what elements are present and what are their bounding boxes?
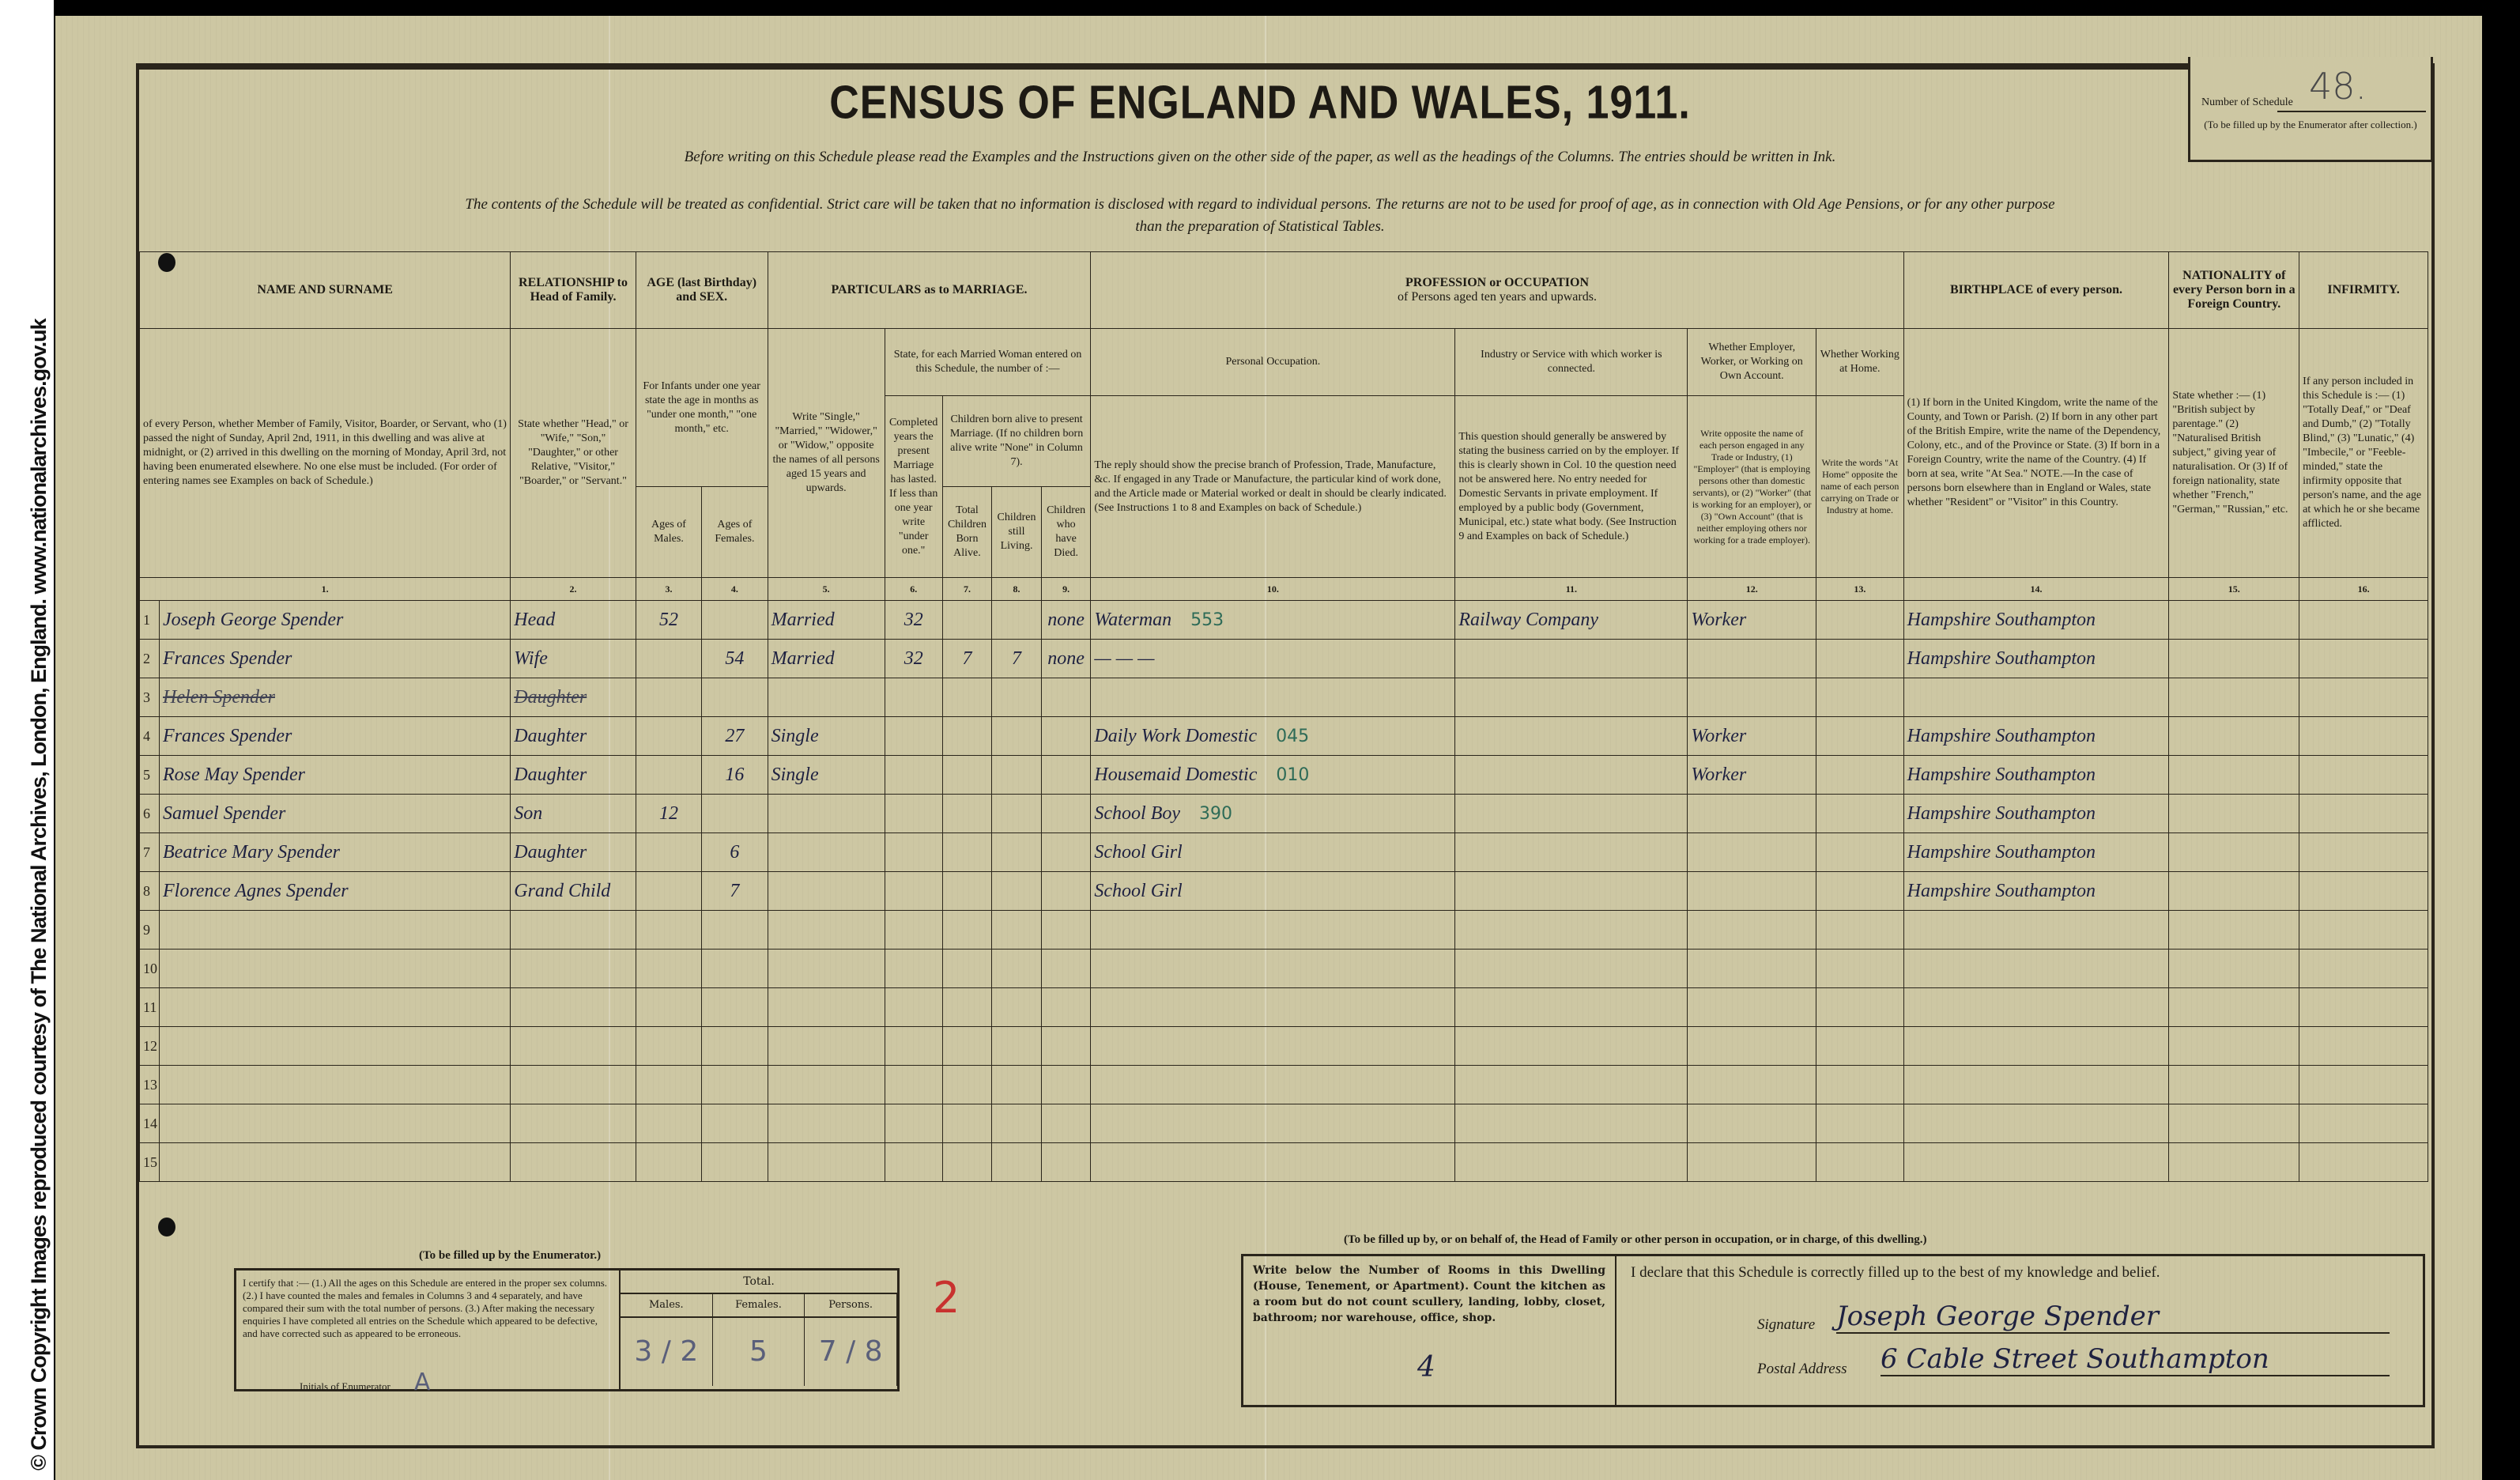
cell-years — [885, 1066, 942, 1104]
cell-died — [1041, 833, 1091, 872]
cell-living — [992, 988, 1042, 1027]
occupation-text: Housemaid Domestic — [1094, 765, 1257, 785]
cell-marriage — [768, 872, 885, 911]
cell-home — [1816, 872, 1904, 911]
cell-name: Helen Spender — [160, 678, 511, 717]
table-row: 6Samuel SpenderSon12School Boy390Hampshi… — [140, 795, 2428, 833]
occupation-text: School Girl — [1094, 842, 1182, 863]
cell-employer: Worker — [1688, 601, 1816, 640]
row-number: 8 — [140, 872, 160, 911]
cell-years: 32 — [885, 601, 942, 640]
cell-male — [636, 1027, 701, 1066]
cell-rel — [511, 950, 636, 988]
cell-industry — [1455, 1027, 1688, 1066]
cell-total — [942, 717, 992, 756]
cell-occupation — [1091, 678, 1455, 717]
row-number: 1 — [140, 601, 160, 640]
cell-female — [702, 950, 768, 988]
cell-infirmity — [2299, 1027, 2428, 1066]
col-number: 1. — [140, 578, 511, 601]
employer-instructions: Write opposite the name of each person e… — [1688, 396, 1816, 578]
cell-years — [885, 795, 942, 833]
cell-infirmity — [2299, 601, 2428, 640]
col-number: 10. — [1091, 578, 1455, 601]
cell-employer — [1688, 1104, 1816, 1143]
occupation-code: 045 — [1276, 727, 1309, 746]
cell-birthplace — [1903, 911, 2169, 950]
table-row: 9 — [140, 911, 2428, 950]
cell-name — [160, 911, 511, 950]
enumerator-initials: Initials of EnumeratorA — [300, 1369, 430, 1396]
cell-name — [160, 988, 511, 1027]
row-number: 9 — [140, 911, 160, 950]
cell-living — [992, 1143, 1042, 1182]
col-number: 2. — [511, 578, 636, 601]
cell-died — [1041, 950, 1091, 988]
cell-female — [702, 1066, 768, 1104]
cell-marriage: Married — [768, 640, 885, 678]
cell-home — [1816, 1104, 1904, 1143]
cell-birthplace — [1903, 1027, 2169, 1066]
personal-occupation-heading: Personal Occupation. — [1091, 329, 1455, 396]
cell-nationality — [2169, 1066, 2299, 1104]
birthplace-instructions: (1) If born in the United Kingdom, write… — [1903, 329, 2169, 578]
schedule-number-label: Number of Schedule — [2201, 96, 2293, 109]
cell-nationality — [2169, 1027, 2299, 1066]
cell-male — [636, 678, 701, 717]
males-total: 3 / 2 — [621, 1318, 713, 1386]
table-row: 12 — [140, 1027, 2428, 1066]
cell-birthplace — [1903, 678, 2169, 717]
col-number: 15. — [2169, 578, 2299, 601]
cell-years — [885, 872, 942, 911]
cell-years — [885, 911, 942, 950]
cell-nationality — [2169, 795, 2299, 833]
occupation-text: Waterman — [1094, 610, 1171, 630]
instruction-line: Before writing on this Schedule please r… — [0, 149, 2520, 166]
persons-label: Persons. — [805, 1294, 897, 1316]
ages-females-heading: Ages of Females. — [702, 487, 768, 578]
cell-male: 12 — [636, 795, 701, 833]
cell-died — [1041, 795, 1091, 833]
cell-marriage: Single — [768, 717, 885, 756]
row-number: 6 — [140, 795, 160, 833]
cell-marriage — [768, 1143, 885, 1182]
cell-rel — [511, 988, 636, 1027]
cell-years: 32 — [885, 640, 942, 678]
cell-male — [636, 1104, 701, 1143]
cell-marriage — [768, 1066, 885, 1104]
cell-died — [1041, 911, 1091, 950]
cell-employer — [1688, 1143, 1816, 1182]
cell-female: 7 — [702, 872, 768, 911]
cell-birthplace — [1903, 1104, 2169, 1143]
cell-name — [160, 1027, 511, 1066]
cell-employer — [1688, 678, 1816, 717]
cell-years — [885, 833, 942, 872]
cell-male — [636, 833, 701, 872]
cell-years — [885, 1027, 942, 1066]
persons-total: 7 / 8 — [805, 1318, 897, 1386]
header-marriage: PARTICULARS as to MARRIAGE. — [768, 252, 1091, 329]
cell-living — [992, 950, 1042, 988]
cell-living — [992, 872, 1042, 911]
home-heading: Whether Working at Home. — [1816, 329, 1904, 396]
cell-nationality — [2169, 601, 2299, 640]
cell-occupation — [1091, 1027, 1455, 1066]
cell-occupation — [1091, 950, 1455, 988]
rooms-instructions: Write below the Number of Rooms in this … — [1243, 1256, 1615, 1332]
declaration-text: I declare that this Schedule is correctl… — [1631, 1264, 2160, 1282]
cell-infirmity — [2299, 911, 2428, 950]
cell-female — [702, 1104, 768, 1143]
cell-female — [702, 601, 768, 640]
cell-occupation — [1091, 1143, 1455, 1182]
cell-name — [160, 1104, 511, 1143]
cell-home — [1816, 795, 1904, 833]
cell-died — [1041, 1143, 1091, 1182]
cell-male — [636, 717, 701, 756]
cell-male — [636, 1143, 701, 1182]
declaration-box: Write below the Number of Rooms in this … — [1241, 1254, 2425, 1407]
cell-infirmity — [2299, 872, 2428, 911]
row-number: 5 — [140, 756, 160, 795]
industry-instructions: This question should generally be answer… — [1455, 396, 1688, 578]
cell-nationality — [2169, 911, 2299, 950]
header-nationality: NATIONALITY of every Person born in a Fo… — [2169, 252, 2299, 329]
cell-occupation: Daily Work Domestic045 — [1091, 717, 1455, 756]
cell-home — [1816, 717, 1904, 756]
cell-infirmity — [2299, 988, 2428, 1027]
cell-total — [942, 833, 992, 872]
schedule-number-box: 48. Number of Schedule (To be filled up … — [2188, 57, 2433, 162]
cell-nationality — [2169, 988, 2299, 1027]
cell-birthplace: Hampshire Southampton — [1903, 872, 2169, 911]
address-label: Postal Address — [1757, 1361, 1847, 1378]
occupation-text: School Boy — [1094, 803, 1180, 824]
cell-occupation: School Girl — [1091, 833, 1455, 872]
cell-years — [885, 756, 942, 795]
row-number: 7 — [140, 833, 160, 872]
cell-industry — [1455, 795, 1688, 833]
cell-total — [942, 950, 992, 988]
cell-industry — [1455, 756, 1688, 795]
confidential-line: The contents of the Schedule will be tre… — [0, 196, 2520, 213]
cell-rel: Daughter — [511, 678, 636, 717]
cell-nationality — [2169, 833, 2299, 872]
row-number: 10 — [140, 950, 160, 988]
red-annotation: 2 — [933, 1273, 960, 1323]
totals-heading: Total. — [621, 1270, 897, 1294]
nationality-instructions: State whether :— (1) "British subject by… — [2169, 329, 2299, 578]
cell-rel — [511, 1066, 636, 1104]
cell-birthplace: Hampshire Southampton — [1903, 640, 2169, 678]
cell-female — [702, 678, 768, 717]
cell-living — [992, 1066, 1042, 1104]
cell-died — [1041, 678, 1091, 717]
industry-heading: Industry or Service with which worker is… — [1455, 329, 1688, 396]
cell-years — [885, 988, 942, 1027]
col-number: 7. — [942, 578, 992, 601]
cell-marriage — [768, 911, 885, 950]
cell-industry — [1455, 717, 1688, 756]
cell-marriage: Married — [768, 601, 885, 640]
table-row: 11 — [140, 988, 2428, 1027]
cell-employer — [1688, 911, 1816, 950]
cell-died — [1041, 717, 1091, 756]
females-label: Females. — [713, 1294, 805, 1316]
cell-employer — [1688, 833, 1816, 872]
table-row: 5Rose May SpenderDaughter16SingleHousema… — [140, 756, 2428, 795]
cell-name: Joseph George Spender — [160, 601, 511, 640]
cell-industry — [1455, 1143, 1688, 1182]
cell-infirmity — [2299, 1143, 2428, 1182]
cell-rel: Grand Child — [511, 872, 636, 911]
cell-nationality — [2169, 640, 2299, 678]
col-number: 12. — [1688, 578, 1816, 601]
table-row: 4Frances SpenderDaughter27SingleDaily Wo… — [140, 717, 2428, 756]
col-number: 6. — [885, 578, 942, 601]
col-number: 4. — [702, 578, 768, 601]
enumerator-certification-box: I certify that :— (1.) All the ages on t… — [234, 1268, 900, 1391]
cell-birthplace — [1903, 988, 2169, 1027]
schedule-number-value: 48. — [2309, 65, 2367, 108]
occupation-code: 390 — [1199, 804, 1232, 824]
table-row: 2Frances SpenderWife54Married3277none— —… — [140, 640, 2428, 678]
cell-occupation — [1091, 1104, 1455, 1143]
males-label: Males. — [621, 1294, 713, 1316]
row-number: 13 — [140, 1066, 160, 1104]
cell-living — [992, 601, 1042, 640]
cell-occupation: School Girl — [1091, 872, 1455, 911]
rooms-box: Write below the Number of Rooms in this … — [1243, 1256, 1616, 1405]
cell-nationality — [2169, 1104, 2299, 1143]
cell-living — [992, 795, 1042, 833]
col-number: 9. — [1041, 578, 1091, 601]
cell-name: Beatrice Mary Spender — [160, 833, 511, 872]
cell-total — [942, 1066, 992, 1104]
cell-rel: Wife — [511, 640, 636, 678]
cell-home — [1816, 833, 1904, 872]
cell-marriage — [768, 833, 885, 872]
marriage-write-instructions: Write "Single," "Married," "Widower," or… — [768, 329, 885, 578]
cell-industry — [1455, 1066, 1688, 1104]
cell-occupation: Housemaid Domestic010 — [1091, 756, 1455, 795]
address-value: 6 Cable Street Southampton — [1881, 1343, 2390, 1376]
cell-rel — [511, 911, 636, 950]
cell-female — [702, 1027, 768, 1066]
name-instructions: of every Person, whether Member of Famil… — [140, 329, 511, 578]
table-row: 10 — [140, 950, 2428, 988]
cell-name: Frances Spender — [160, 640, 511, 678]
cell-living — [992, 833, 1042, 872]
cell-infirmity — [2299, 795, 2428, 833]
col-number: 11. — [1455, 578, 1688, 601]
cell-marriage — [768, 950, 885, 988]
cell-total — [942, 1027, 992, 1066]
cell-marriage — [768, 988, 885, 1027]
cell-male — [636, 950, 701, 988]
col-number: 14. — [1903, 578, 2169, 601]
cell-industry — [1455, 640, 1688, 678]
home-instructions: Write the words "At Home" opposite the n… — [1816, 396, 1904, 578]
completed-years-heading: Completed years the present Marriage has… — [885, 396, 942, 578]
cell-nationality — [2169, 756, 2299, 795]
cell-living — [992, 1104, 1042, 1143]
cell-occupation — [1091, 988, 1455, 1027]
cell-employer: Worker — [1688, 717, 1816, 756]
total-children-heading: Total Children Born Alive. — [942, 487, 992, 578]
occupation-text: School Girl — [1094, 881, 1182, 901]
cell-total — [942, 988, 992, 1027]
cell-infirmity — [2299, 1104, 2428, 1143]
cell-living — [992, 678, 1042, 717]
col-number: 3. — [636, 578, 701, 601]
cell-rel: Head — [511, 601, 636, 640]
cell-birthplace — [1903, 1143, 2169, 1182]
cell-nationality — [2169, 678, 2299, 717]
cell-infirmity — [2299, 678, 2428, 717]
cell-industry — [1455, 1104, 1688, 1143]
schedule-number-note: (To be filled up by the Enumerator after… — [2195, 119, 2426, 131]
signature-label: Signature — [1757, 1316, 1815, 1334]
row-number: 12 — [140, 1027, 160, 1066]
cell-nationality — [2169, 717, 2299, 756]
cell-infirmity — [2299, 833, 2428, 872]
cell-marriage — [768, 795, 885, 833]
cell-occupation: — — — — [1091, 640, 1455, 678]
cell-occupation: Waterman553 — [1091, 601, 1455, 640]
females-total: 5 — [713, 1318, 805, 1386]
occupation-code: 553 — [1190, 610, 1224, 630]
row-number: 3 — [140, 678, 160, 717]
cell-female — [702, 911, 768, 950]
cell-home — [1816, 911, 1904, 950]
cell-male: 52 — [636, 601, 701, 640]
col-number: 8. — [992, 578, 1042, 601]
cell-years — [885, 950, 942, 988]
header-infirmity: INFIRMITY. — [2299, 252, 2428, 329]
copyright-notice: © Crown Copyright Images reproduced cour… — [27, 206, 51, 1471]
certification-text: I certify that :— (1.) All the ages on t… — [243, 1277, 614, 1340]
cell-nationality — [2169, 1143, 2299, 1182]
cell-years — [885, 717, 942, 756]
cell-female: 54 — [702, 640, 768, 678]
cell-total — [942, 1143, 992, 1182]
enumerator-section-title: (To be filled up by the Enumerator.) — [419, 1249, 601, 1263]
cell-employer — [1688, 1066, 1816, 1104]
row-number: 11 — [140, 988, 160, 1027]
relationship-instructions: State whether "Head," or "Wife," "Son," … — [511, 329, 636, 578]
cell-employer — [1688, 795, 1816, 833]
cell-rel — [511, 1027, 636, 1066]
cell-total — [942, 795, 992, 833]
cell-living — [992, 756, 1042, 795]
cell-male — [636, 756, 701, 795]
cell-marriage: Single — [768, 756, 885, 795]
table-row: 15 — [140, 1143, 2428, 1182]
cell-rel: Daughter — [511, 756, 636, 795]
cell-rel: Son — [511, 795, 636, 833]
cell-occupation — [1091, 1066, 1455, 1104]
cell-years — [885, 1143, 942, 1182]
cell-died: none — [1041, 640, 1091, 678]
cell-rel: Daughter — [511, 717, 636, 756]
header-birthplace: BIRTHPLACE of every person. — [1903, 252, 2169, 329]
cell-total — [942, 911, 992, 950]
confidential-line-2: than the preparation of Statistical Tabl… — [0, 218, 2520, 236]
cell-total: 7 — [942, 640, 992, 678]
cell-years — [885, 1104, 942, 1143]
cell-employer — [1688, 1027, 1816, 1066]
table-row: 14 — [140, 1104, 2428, 1143]
cell-total — [942, 756, 992, 795]
cell-industry — [1455, 833, 1688, 872]
cell-employer — [1688, 872, 1816, 911]
header-age: AGE (last Birthday) and SEX. — [636, 252, 768, 329]
cell-name — [160, 950, 511, 988]
cell-birthplace — [1903, 950, 2169, 988]
cell-living — [992, 911, 1042, 950]
cell-rel: Daughter — [511, 833, 636, 872]
cell-female — [702, 988, 768, 1027]
cell-rel — [511, 1104, 636, 1143]
cell-home — [1816, 756, 1904, 795]
header-relationship: RELATIONSHIP to Head of Family. — [511, 252, 636, 329]
table-row: 7Beatrice Mary SpenderDaughter6School Gi… — [140, 833, 2428, 872]
cell-total — [942, 872, 992, 911]
cell-employer — [1688, 988, 1816, 1027]
cell-female: 6 — [702, 833, 768, 872]
cell-name: Samuel Spender — [160, 795, 511, 833]
cell-industry — [1455, 950, 1688, 988]
employer-heading: Whether Employer, Worker, or Working on … — [1688, 329, 1816, 396]
cell-home — [1816, 640, 1904, 678]
cell-name: Frances Spender — [160, 717, 511, 756]
cell-male — [636, 988, 701, 1027]
personal-occupation-instructions: The reply should show the precise branch… — [1091, 396, 1455, 578]
table-row: 13 — [140, 1066, 2428, 1104]
cell-birthplace: Hampshire Southampton — [1903, 833, 2169, 872]
cell-home — [1816, 1066, 1904, 1104]
cell-rel — [511, 1143, 636, 1182]
rooms-value: 4 — [1417, 1351, 1435, 1384]
cell-marriage — [768, 1104, 885, 1143]
cell-infirmity — [2299, 756, 2428, 795]
cell-total — [942, 1104, 992, 1143]
cell-female — [702, 795, 768, 833]
cell-industry — [1455, 988, 1688, 1027]
cell-years — [885, 678, 942, 717]
cell-name: Rose May Spender — [160, 756, 511, 795]
occupation-text: Daily Work Domestic — [1094, 726, 1257, 746]
cell-home — [1816, 678, 1904, 717]
cell-birthplace: Hampshire Southampton — [1903, 795, 2169, 833]
cell-marriage — [768, 678, 885, 717]
cell-home — [1816, 601, 1904, 640]
ages-males-heading: Ages of Males. — [636, 487, 701, 578]
row-number: 2 — [140, 640, 160, 678]
page-title: CENSUS OF ENGLAND AND WALES, 1911. — [0, 76, 2520, 130]
cell-total — [942, 601, 992, 640]
cell-occupation — [1091, 911, 1455, 950]
cell-industry — [1455, 872, 1688, 911]
cell-died — [1041, 988, 1091, 1027]
head-section-title: (To be filled up by, or on behalf of, th… — [1344, 1233, 1927, 1247]
cell-birthplace: Hampshire Southampton — [1903, 601, 2169, 640]
cell-home — [1816, 950, 1904, 988]
col-number: 5. — [768, 578, 885, 601]
